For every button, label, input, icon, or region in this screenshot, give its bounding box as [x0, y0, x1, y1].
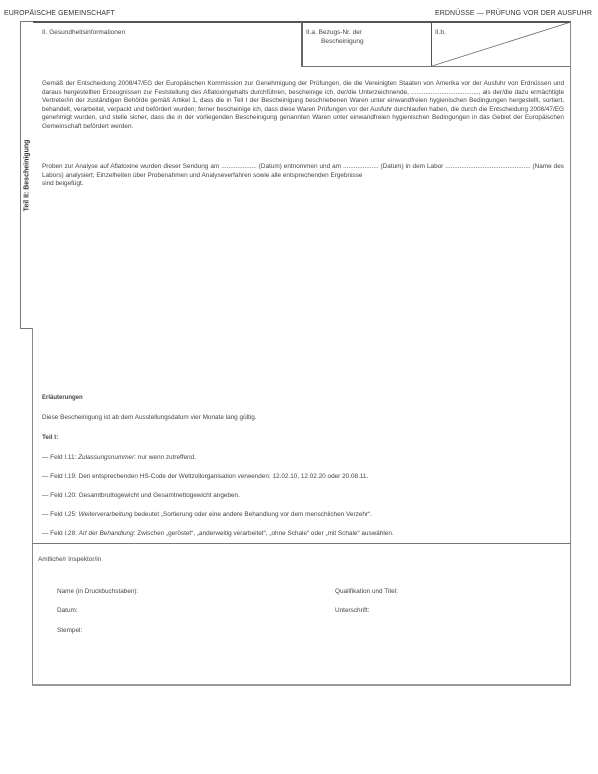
inspector-name-label: Name (in Druckbuchstaben):	[57, 588, 138, 595]
part-heading: Teil I:	[42, 434, 58, 441]
inspector-section-divider	[32, 543, 571, 544]
explanation-item: — Feld I.28: Art der Behandlung: Zwische…	[42, 530, 394, 537]
field-divider-a	[301, 22, 303, 66]
inspector-qualification-label: Qualifikation und Titel:	[335, 588, 398, 595]
header-title: ERDNÜSSE — PRÜFUNG VOR DER AUSFUHR	[435, 10, 592, 17]
inspector-stamp-label: Stempel:	[57, 627, 82, 634]
inspector-title: Amtliche/r Inspektor/in	[38, 556, 101, 563]
field-iib-strike	[432, 22, 571, 66]
top-row-divider	[301, 66, 571, 67]
certification-paragraph: Gemäß der Entscheidung 2008/47/EG der Eu…	[42, 80, 564, 132]
sampling-paragraph: Proben zur Analyse auf Aflatoxine wurden…	[42, 163, 564, 180]
side-label: Teil II: Bescheinigung	[20, 21, 33, 329]
header-community: EUROPÄISCHE GEMEINSCHAFT	[4, 10, 115, 17]
inspector-date-label: Datum:	[57, 607, 78, 614]
explanation-item: — Feld I.25: Weiterverarbeitung bedeutet…	[42, 511, 372, 518]
explanation-item: — Feld I.19: Den entsprechenden HS-Code …	[42, 473, 368, 480]
explanation-item: — Feld I.11: Zulassungsnummer: nur wenn …	[42, 454, 196, 461]
field-iia-label-2: Bescheinigung	[321, 37, 364, 46]
validity-note: Diese Bescheinigung ist ab dem Ausstellu…	[42, 414, 257, 421]
sampling-paragraph-tail: sind beigefügt.	[42, 180, 84, 189]
explanations-title: Erläuterungen	[42, 395, 83, 401]
explanation-item: — Feld I.20: Gesamtbruttogewicht und Ges…	[42, 492, 240, 499]
field-ii-label: II. Gesundheitsinformationen	[42, 28, 125, 37]
side-label-text: Teil II: Bescheinigung	[23, 139, 30, 211]
inspector-signature-label: Unterschrift:	[335, 607, 369, 614]
field-iia-label: II.a. Bezugs-Nr. der	[306, 28, 362, 37]
